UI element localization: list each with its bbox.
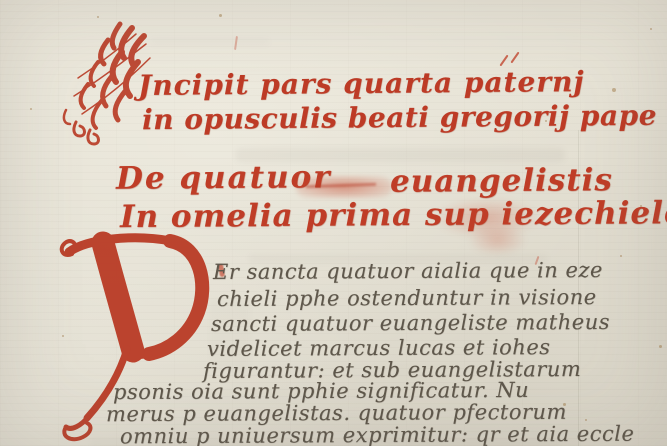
red-pen-tick <box>510 52 519 64</box>
fox-spot <box>563 403 566 406</box>
chapter-heading-line-2: In omelia prima sup iezechielem <box>120 198 667 233</box>
body-text-line: Er sancta quatuor aialia que in eze <box>213 260 603 283</box>
fox-spot <box>545 120 547 122</box>
heading-text: De quatuor <box>116 159 332 197</box>
rubric-incipit-line-2: in opusculis beati gregorij pape <box>142 102 657 134</box>
rubric-incipit-line-1: Jncipit pars quarta paternj <box>138 68 585 100</box>
fox-spot <box>62 335 64 337</box>
rubric-text: in opusculis beati gregorij pape <box>142 99 657 136</box>
heading-text: euangelistis <box>390 162 613 200</box>
body-text: Er sancta quatuor aialia que in eze <box>213 258 603 284</box>
fox-spot <box>640 205 642 207</box>
fox-spot <box>650 28 652 30</box>
fox-spot <box>97 16 99 18</box>
body-text-line: omniu p uniuersum exprimitur: qr et aia … <box>120 424 634 446</box>
fox-spot <box>612 88 616 92</box>
manuscript-page-photo: Jncipit pars quarta paternj in opusculis… <box>0 0 667 446</box>
chapter-heading-line-1-right: euangelistis <box>390 165 613 198</box>
ink-showthrough <box>150 38 270 46</box>
body-text-line: sancti quatuor euangeliste matheus <box>211 312 610 335</box>
fox-spot <box>585 419 587 421</box>
body-text: sancti quatuor euangeliste matheus <box>211 310 610 336</box>
fox-spot <box>620 255 622 257</box>
red-pen-tick <box>499 55 508 67</box>
rubric-text: Jncipit pars quarta paternj <box>138 65 585 102</box>
body-text-line: chieli pphe ostenduntur in visione <box>217 287 597 310</box>
body-text: omniu p uniuersum exprimitur: qr et aia … <box>120 422 634 446</box>
fox-spot <box>219 14 222 17</box>
fox-spot <box>659 345 662 348</box>
chapter-heading-line-1-left: De quatuor <box>116 162 332 195</box>
fox-spot <box>30 108 32 110</box>
body-text: chieli pphe ostenduntur in visione <box>217 285 597 311</box>
